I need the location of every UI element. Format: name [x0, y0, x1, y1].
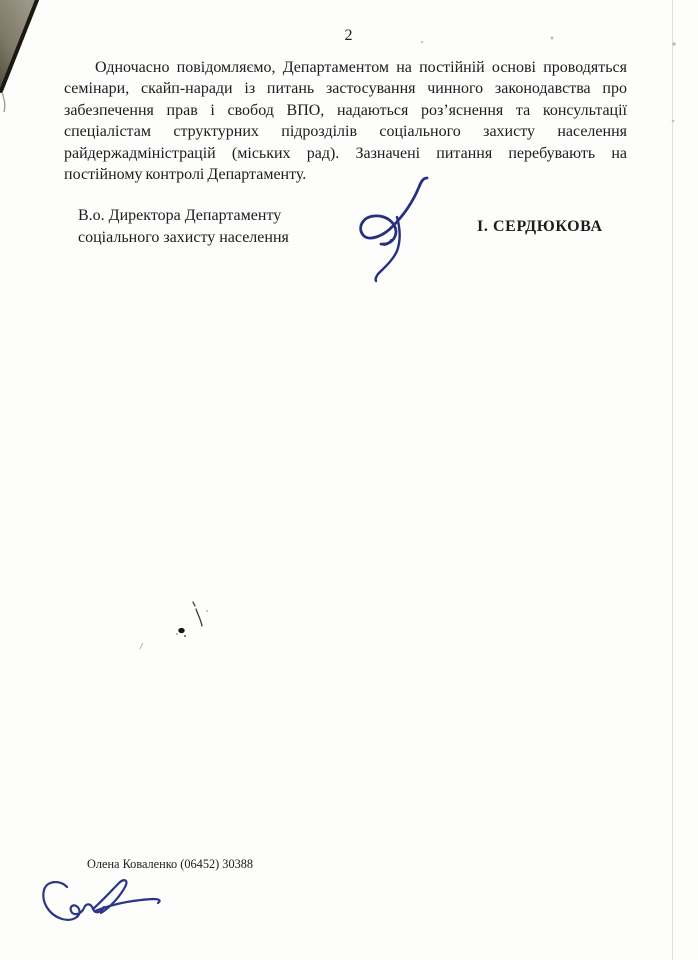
paragraph-line: спеціалістам структурних підрозділів соц…: [64, 121, 627, 142]
paragraph-line: забезпечення прав і свобод ВПО, надаютьс…: [64, 100, 627, 121]
signoff-title-line: соціального захисту населення: [78, 227, 338, 249]
ink-blot: [178, 628, 184, 633]
ink-speck: [184, 635, 186, 637]
paragraph-line: семінари, скайп-наради із питань застосу…: [64, 78, 627, 99]
scan-corner-fold: [0, 0, 52, 118]
footer-executor-contact: Олена Коваленко (06452) 30388: [87, 857, 253, 872]
signoff-name: І. СЕРДЮКОВА: [477, 218, 637, 236]
scan-edge-shadow: [672, 0, 673, 960]
executor-signature: [35, 872, 170, 932]
ink-speck: [176, 633, 177, 634]
signoff-title: В.о. Директора Департаменту соціального …: [78, 205, 338, 248]
paragraph-line: райдержадміністрацій (міських рад). Зазн…: [64, 143, 627, 164]
scan-speck: [206, 610, 208, 612]
body-paragraph: Одночасно повідомляємо, Департаментом на…: [64, 57, 627, 185]
scan-speck: [140, 643, 143, 649]
document-page: 2 Одночасно повідомляємо, Департаментом …: [0, 0, 698, 960]
paragraph-line: Одночасно повідомляємо, Департаментом на…: [64, 57, 627, 78]
page-number: 2: [0, 27, 698, 45]
ink-mark: [193, 602, 202, 626]
paragraph-line: постійному контролі Департаменту.: [64, 164, 627, 185]
signoff-title-line: В.о. Директора Департаменту: [78, 205, 338, 227]
scan-speck: [672, 120, 675, 123]
